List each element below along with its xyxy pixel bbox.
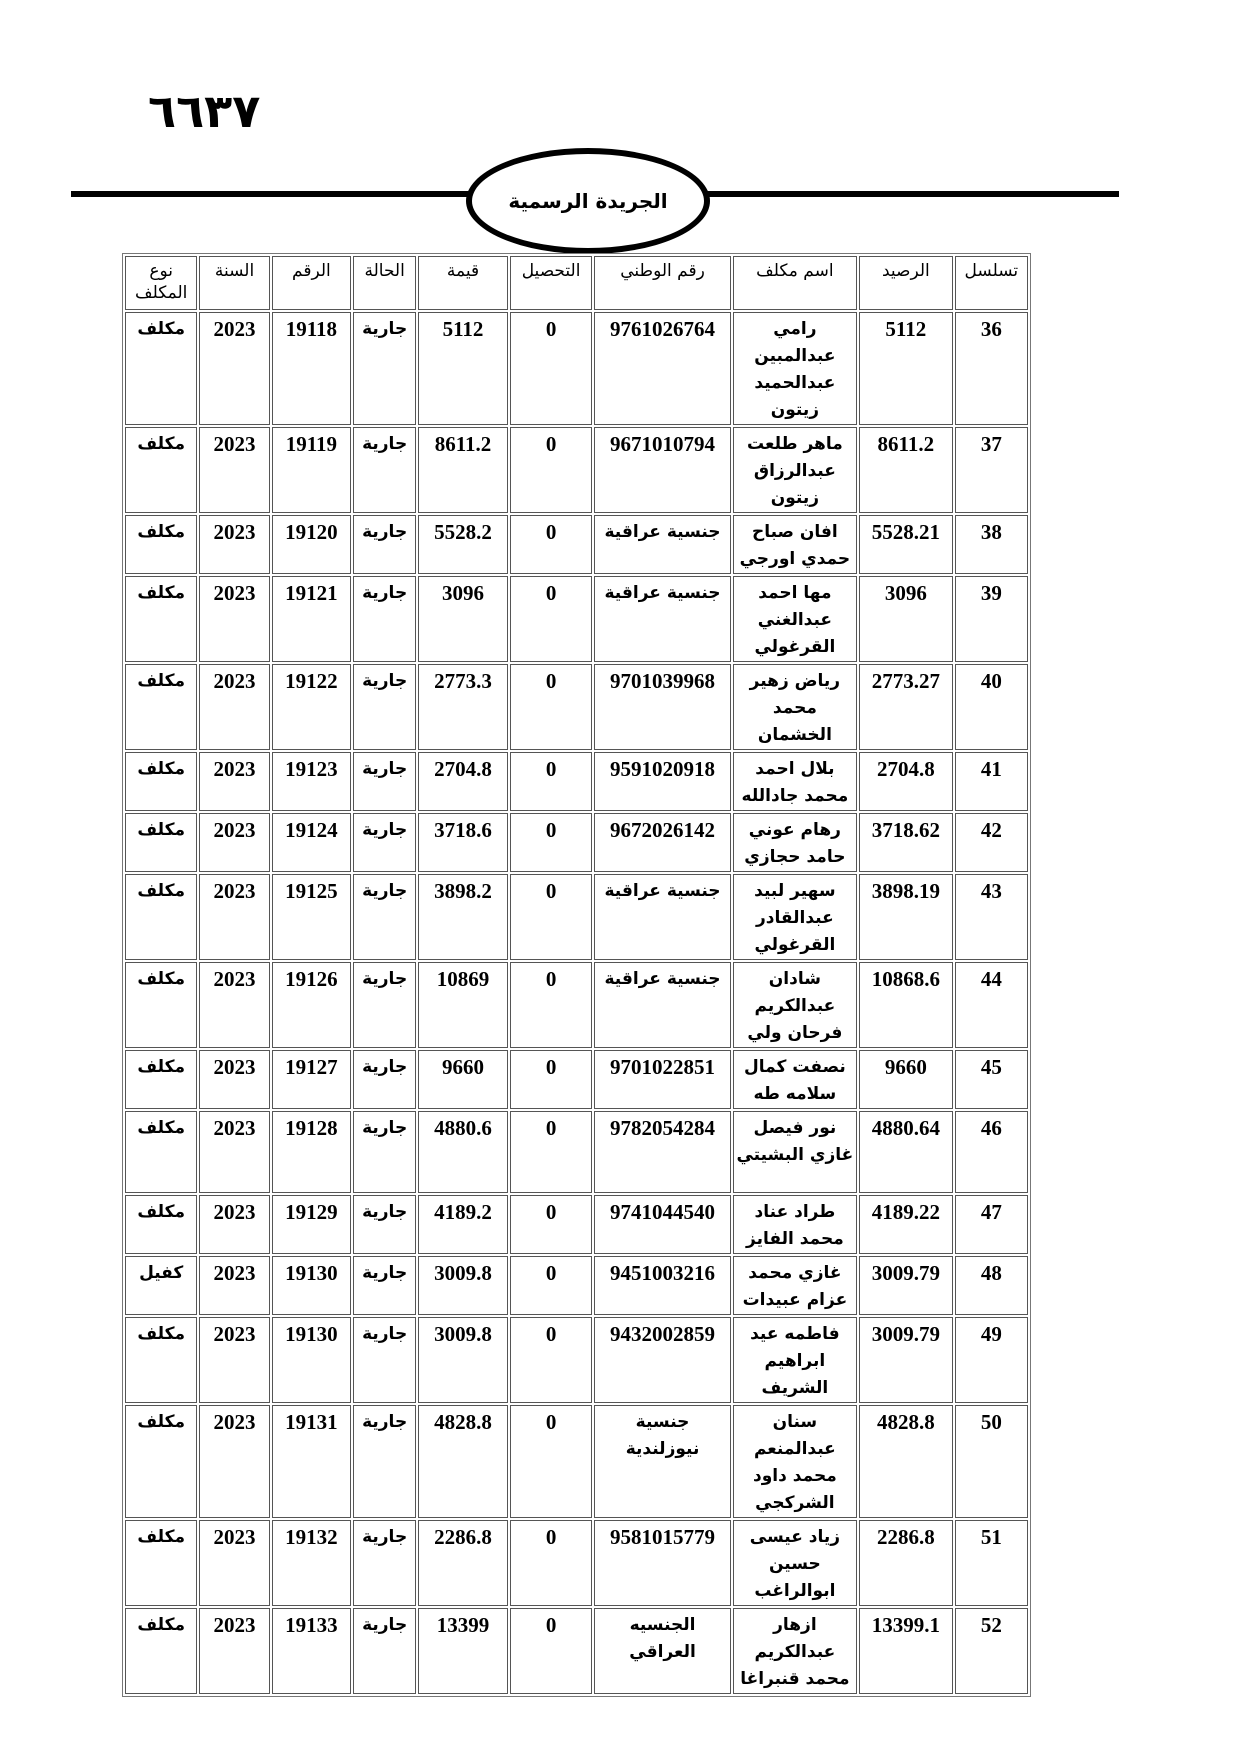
cell-status: جارية [353, 312, 416, 425]
cell-year: 2023 [199, 813, 269, 872]
cell-number: 19125 [272, 874, 351, 960]
cell-status: جارية [353, 515, 416, 574]
cell-seq: 44 [955, 962, 1028, 1048]
col-header-balance: الرصيد [859, 256, 953, 310]
ledger-body: 365112رامي عبدالمبين عبدالحميد زيتون9761… [125, 312, 1028, 1694]
cell-national-id: 9761026764 [594, 312, 730, 425]
col-header-number: الرقم [272, 256, 351, 310]
table-header-row: تسلسل الرصيد اسم مكلف رقم الوطني التحصيل… [125, 256, 1028, 310]
cell-status: جارية [353, 1111, 416, 1193]
cell-national-id: جنسية عراقية [594, 576, 730, 662]
cell-national-id: جنسية نيوزلندية [594, 1405, 730, 1518]
cell-collection: 0 [510, 1195, 592, 1254]
cell-value: 4880.6 [418, 1111, 508, 1193]
cell-seq: 48 [955, 1256, 1028, 1315]
cell-seq: 43 [955, 874, 1028, 960]
cell-type: مكلف [125, 664, 197, 750]
cell-number: 19120 [272, 515, 351, 574]
cell-national-id: 9782054284 [594, 1111, 730, 1193]
cell-value: 2286.8 [418, 1520, 508, 1606]
cell-number: 19122 [272, 664, 351, 750]
table-row: 459660نصفت كمال سلامه طه970102285109660ج… [125, 1050, 1028, 1109]
cell-type: مكلف [125, 874, 197, 960]
table-row: 504828.8سنان عبدالمنعم محمد داود الشركجي… [125, 1405, 1028, 1518]
cell-value: 3009.8 [418, 1317, 508, 1403]
cell-national-id: 9701022851 [594, 1050, 730, 1109]
cell-collection: 0 [510, 576, 592, 662]
col-header-name: اسم مكلف [733, 256, 857, 310]
cell-name: سهير لبيد عبدالقادر القرغولي [733, 874, 857, 960]
col-header-value: قيمة [418, 256, 508, 310]
cell-seq: 49 [955, 1317, 1028, 1403]
cell-national-id: 9432002859 [594, 1317, 730, 1403]
cell-seq: 47 [955, 1195, 1028, 1254]
cell-year: 2023 [199, 1111, 269, 1193]
cell-collection: 0 [510, 874, 592, 960]
cell-year: 2023 [199, 1608, 269, 1694]
col-header-seq: تسلسل [955, 256, 1028, 310]
cell-year: 2023 [199, 1520, 269, 1606]
cell-national-id: 9701039968 [594, 664, 730, 750]
col-header-collection: التحصيل [510, 256, 592, 310]
cell-value: 5112 [418, 312, 508, 425]
cell-value: 4189.2 [418, 1195, 508, 1254]
cell-status: جارية [353, 664, 416, 750]
cell-type: مكلف [125, 752, 197, 811]
cell-collection: 0 [510, 1608, 592, 1694]
cell-balance: 2773.27 [859, 664, 953, 750]
cell-national-id: 9672026142 [594, 813, 730, 872]
cell-name: غازي محمد عزام عبيدات [733, 1256, 857, 1315]
col-header-national-id: رقم الوطني [594, 256, 730, 310]
cell-seq: 37 [955, 427, 1028, 513]
cell-number: 19130 [272, 1317, 351, 1403]
cell-national-id: 9741044540 [594, 1195, 730, 1254]
cell-national-id: جنسية عراقية [594, 515, 730, 574]
cell-status: جارية [353, 576, 416, 662]
cell-balance: 4828.8 [859, 1405, 953, 1518]
cell-value: 13399 [418, 1608, 508, 1694]
table-row: 512286.8زياد عيسى حسين ابوالراغب95810157… [125, 1520, 1028, 1606]
cell-year: 2023 [199, 1195, 269, 1254]
cell-type: كفيل [125, 1256, 197, 1315]
cell-type: مكلف [125, 1405, 197, 1518]
cell-balance: 3096 [859, 576, 953, 662]
cell-year: 2023 [199, 1317, 269, 1403]
cell-type: مكلف [125, 962, 197, 1048]
cell-number: 19128 [272, 1111, 351, 1193]
cell-status: جارية [353, 427, 416, 513]
cell-collection: 0 [510, 515, 592, 574]
cell-number: 19126 [272, 962, 351, 1048]
cell-name: ماهر طلعت عبدالرزاق زيتون [733, 427, 857, 513]
table-row: 464880.64نور فيصل غازي البشيتي9782054284… [125, 1111, 1028, 1193]
cell-year: 2023 [199, 1050, 269, 1109]
cell-seq: 38 [955, 515, 1028, 574]
cell-collection: 0 [510, 962, 592, 1048]
cell-status: جارية [353, 962, 416, 1048]
cell-balance: 3718.62 [859, 813, 953, 872]
cell-year: 2023 [199, 312, 269, 425]
cell-type: مكلف [125, 1195, 197, 1254]
cell-seq: 40 [955, 664, 1028, 750]
col-header-year: السنة [199, 256, 269, 310]
cell-year: 2023 [199, 664, 269, 750]
cell-number: 19124 [272, 813, 351, 872]
cell-balance: 5112 [859, 312, 953, 425]
cell-seq: 50 [955, 1405, 1028, 1518]
cell-name: رهام عوني حامد حجازي [733, 813, 857, 872]
table-row: 402773.27رياض زهير محمد الخشمان970103996… [125, 664, 1028, 750]
cell-collection: 0 [510, 1050, 592, 1109]
cell-national-id: الجنسيه العراقي [594, 1608, 730, 1694]
cell-year: 2023 [199, 962, 269, 1048]
cell-balance: 5528.21 [859, 515, 953, 574]
cell-year: 2023 [199, 576, 269, 662]
cell-value: 2704.8 [418, 752, 508, 811]
cell-seq: 41 [955, 752, 1028, 811]
col-header-status: الحالة [353, 256, 416, 310]
cell-status: جارية [353, 1256, 416, 1315]
table-row: 378611.2ماهر طلعت عبدالرزاق زيتون9671010… [125, 427, 1028, 513]
cell-number: 19131 [272, 1405, 351, 1518]
cell-national-id: جنسية عراقية [594, 962, 730, 1048]
cell-collection: 0 [510, 664, 592, 750]
cell-year: 2023 [199, 1256, 269, 1315]
cell-status: جارية [353, 1608, 416, 1694]
publication-title: الجريدة الرسمية [508, 189, 667, 213]
cell-name: افان صباح حمدي اورجي [733, 515, 857, 574]
cell-balance: 3009.79 [859, 1256, 953, 1315]
ledger-table: تسلسل الرصيد اسم مكلف رقم الوطني التحصيل… [122, 253, 1031, 1697]
cell-number: 19129 [272, 1195, 351, 1254]
cell-balance: 10868.6 [859, 962, 953, 1048]
cell-value: 3096 [418, 576, 508, 662]
cell-type: مكلف [125, 1317, 197, 1403]
cell-national-id: 9581015779 [594, 1520, 730, 1606]
cell-collection: 0 [510, 427, 592, 513]
cell-name: مها احمد عبدالغني القرغولي [733, 576, 857, 662]
table-row: 474189.22طراد عناد محمد الفايز9741044540… [125, 1195, 1028, 1254]
cell-collection: 0 [510, 1520, 592, 1606]
cell-name: زياد عيسى حسين ابوالراغب [733, 1520, 857, 1606]
table-row: 433898.19سهير لبيد عبدالقادر القرغوليجنس… [125, 874, 1028, 960]
cell-collection: 0 [510, 1256, 592, 1315]
cell-national-id: 9671010794 [594, 427, 730, 513]
cell-status: جارية [353, 813, 416, 872]
cell-national-id: 9451003216 [594, 1256, 730, 1315]
cell-balance: 9660 [859, 1050, 953, 1109]
cell-balance: 13399.1 [859, 1608, 953, 1694]
cell-type: مكلف [125, 1520, 197, 1606]
cell-balance: 8611.2 [859, 427, 953, 513]
cell-year: 2023 [199, 874, 269, 960]
table-row: 412704.8بلال احمد محمد جادالله9591020918… [125, 752, 1028, 811]
cell-value: 2773.3 [418, 664, 508, 750]
cell-number: 19133 [272, 1608, 351, 1694]
cell-value: 3718.6 [418, 813, 508, 872]
cell-name: نور فيصل غازي البشيتي [733, 1111, 857, 1193]
cell-status: جارية [353, 1195, 416, 1254]
cell-national-id: جنسية عراقية [594, 874, 730, 960]
cell-year: 2023 [199, 752, 269, 811]
cell-value: 9660 [418, 1050, 508, 1109]
cell-number: 19132 [272, 1520, 351, 1606]
cell-type: مكلف [125, 1608, 197, 1694]
cell-name: بلال احمد محمد جادالله [733, 752, 857, 811]
cell-collection: 0 [510, 312, 592, 425]
cell-status: جارية [353, 752, 416, 811]
cell-seq: 45 [955, 1050, 1028, 1109]
cell-value: 8611.2 [418, 427, 508, 513]
cell-name: شادان عبدالكريم فرحان ولي [733, 962, 857, 1048]
cell-seq: 46 [955, 1111, 1028, 1193]
table-row: 5213399.1ازهار عبدالكريم محمد قنبراغاالج… [125, 1608, 1028, 1694]
cell-seq: 51 [955, 1520, 1028, 1606]
cell-collection: 0 [510, 752, 592, 811]
cell-number: 19130 [272, 1256, 351, 1315]
cell-status: جارية [353, 1405, 416, 1518]
cell-seq: 36 [955, 312, 1028, 425]
cell-name: رامي عبدالمبين عبدالحميد زيتون [733, 312, 857, 425]
cell-seq: 39 [955, 576, 1028, 662]
cell-number: 19119 [272, 427, 351, 513]
table-row: 365112رامي عبدالمبين عبدالحميد زيتون9761… [125, 312, 1028, 425]
cell-type: مكلف [125, 312, 197, 425]
cell-value: 3009.8 [418, 1256, 508, 1315]
cell-balance: 2704.8 [859, 752, 953, 811]
cell-seq: 42 [955, 813, 1028, 872]
cell-value: 5528.2 [418, 515, 508, 574]
cell-year: 2023 [199, 427, 269, 513]
cell-number: 19123 [272, 752, 351, 811]
cell-status: جارية [353, 1050, 416, 1109]
cell-year: 2023 [199, 1405, 269, 1518]
table-row: 393096مها احمد عبدالغني القرغوليجنسية عر… [125, 576, 1028, 662]
cell-seq: 52 [955, 1608, 1028, 1694]
cell-name: ازهار عبدالكريم محمد قنبراغا [733, 1608, 857, 1694]
cell-type: مكلف [125, 1111, 197, 1193]
cell-collection: 0 [510, 1317, 592, 1403]
cell-balance: 3009.79 [859, 1317, 953, 1403]
cell-number: 19121 [272, 576, 351, 662]
cell-status: جارية [353, 1520, 416, 1606]
cell-national-id: 9591020918 [594, 752, 730, 811]
cell-status: جارية [353, 1317, 416, 1403]
cell-number: 19118 [272, 312, 351, 425]
cell-collection: 0 [510, 813, 592, 872]
cell-collection: 0 [510, 1405, 592, 1518]
cell-balance: 4880.64 [859, 1111, 953, 1193]
cell-name: فاطمه عيد ابراهيم الشريف [733, 1317, 857, 1403]
table-row: 493009.79فاطمه عيد ابراهيم الشريف9432002… [125, 1317, 1028, 1403]
cell-year: 2023 [199, 515, 269, 574]
cell-value: 3898.2 [418, 874, 508, 960]
cell-type: مكلف [125, 1050, 197, 1109]
cell-status: جارية [353, 874, 416, 960]
cell-value: 10869 [418, 962, 508, 1048]
cell-number: 19127 [272, 1050, 351, 1109]
cell-name: نصفت كمال سلامه طه [733, 1050, 857, 1109]
table-row: 385528.21افان صباح حمدي اورجيجنسية عراقي… [125, 515, 1028, 574]
cell-type: مكلف [125, 515, 197, 574]
cell-name: سنان عبدالمنعم محمد داود الشركجي [733, 1405, 857, 1518]
publication-title-ellipse: الجريدة الرسمية [466, 148, 710, 254]
cell-name: طراد عناد محمد الفايز [733, 1195, 857, 1254]
table-row: 483009.79غازي محمد عزام عبيدات9451003216… [125, 1256, 1028, 1315]
page-number: ٦٦٣٧ [148, 88, 260, 134]
cell-balance: 2286.8 [859, 1520, 953, 1606]
table-row: 4410868.6شادان عبدالكريم فرحان وليجنسية … [125, 962, 1028, 1048]
cell-type: مكلف [125, 427, 197, 513]
col-header-type: نوع المكلف [125, 256, 197, 310]
cell-type: مكلف [125, 813, 197, 872]
cell-value: 4828.8 [418, 1405, 508, 1518]
table-row: 423718.62رهام عوني حامد حجازي96720261420… [125, 813, 1028, 872]
cell-collection: 0 [510, 1111, 592, 1193]
cell-type: مكلف [125, 576, 197, 662]
cell-name: رياض زهير محمد الخشمان [733, 664, 857, 750]
cell-balance: 4189.22 [859, 1195, 953, 1254]
cell-balance: 3898.19 [859, 874, 953, 960]
